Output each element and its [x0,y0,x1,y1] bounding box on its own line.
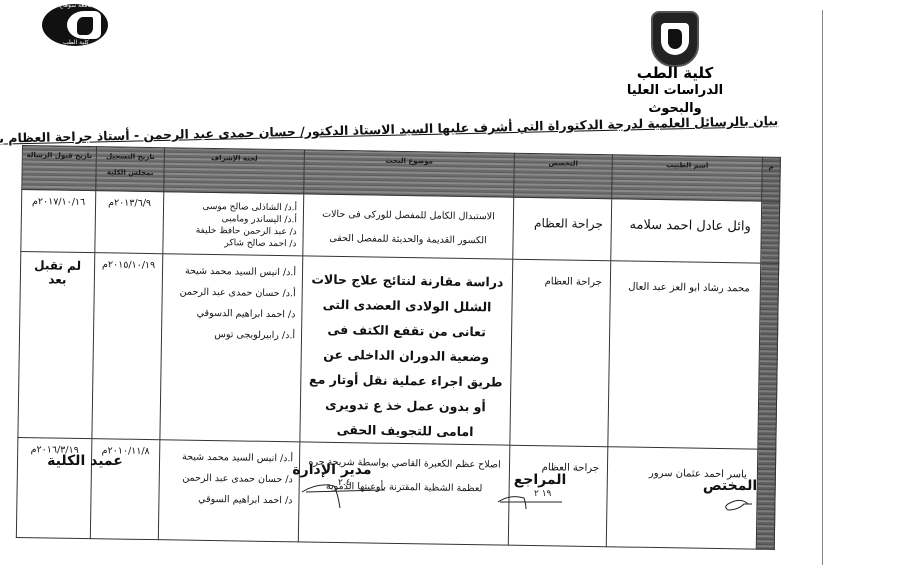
supervisor: أ.د/ رابيرلوبجى توس [166,323,295,346]
reviewer-signature-label: المراجع [505,472,575,488]
logo-text-top: جامعة سوهاج [48,2,104,9]
logo-text-bottom: كلية الطب [48,39,104,46]
specialty: جراحة العظام [513,197,612,261]
specialty: جراحة العظام [510,259,611,447]
row-number-cell [761,201,780,263]
acceptance-date: ٢٠١٧/١٠/١٦م [21,190,96,253]
supervisor: د/ احمد صالح شاكر [167,236,296,250]
header-topic: موضوع البحث [304,150,515,197]
supervisor: د/ حسان حمدى عبد الرحمن [164,467,293,490]
university-logo: جامعة سوهاج كلية الطب [42,4,108,46]
header-name: اسم الطبيب [612,155,763,201]
research-topic: دراسة مقارنة لنتائج علاج حالات الشلل الو… [300,256,513,445]
supervision-committee: أ.د/ انيس السيد محمد شيحة د/ حسان حمدى ع… [158,440,300,542]
doctor-name: محمد رشاد ابو العز عبد العال [608,261,761,449]
doctor-name: وائل عادل احمد سلامه [611,199,762,263]
acceptance-date: لم تقبل بعد [18,251,95,438]
supervisor: أ.د/ انيس السيد محمد شيحة [164,446,293,469]
admin-signature-icon [298,480,388,510]
supervision-committee: أ.د/ انيس السيد محمد شيحة أ.د/ حسان حمدى… [160,254,303,442]
header-accepted: تاريخ قبول الرسالة [22,146,97,191]
specialist-signature-icon [718,496,758,512]
header-committee: لجنة الإشراف [164,148,305,194]
registration-date: ٢٠١٣/٦/٩م [95,191,164,254]
reviewer-signature-icon [496,490,566,510]
document-title: بيان بالرسائل العلمية لدرجة الدكتوراة ال… [128,113,778,143]
supervisor: أ.د/ انيس السيد محمد شيحة [167,260,296,283]
faculty-shield-icon [651,11,699,67]
specialist-signature-label: المختص [700,478,760,494]
header-registration-label: تاريخ التسجيل [106,152,155,161]
page-edge-line [822,10,823,565]
row-number-cell [756,449,776,549]
registration-date: ٢٠١٥/١٠/١٩م [92,253,163,440]
shield-emblem-icon [661,23,689,55]
faculty-heading: كلية الطب الدراسات العليا والبحوث [600,64,750,118]
supervisor: أ.د/ حسان حمدى عبد الرحمن [167,281,296,304]
row-number-cell [758,263,779,449]
header-num: م [762,157,781,201]
header-registration: تاريخ التسجيل بمجلس الكلية [96,147,165,192]
supervisor: د/ احمد ابراهيم السوقي [163,488,292,511]
logo-emblem-icon [67,11,101,39]
header-registration-sublabel: بمجلس الكلية [97,168,164,177]
table-row: محمد رشاد ابو العز عبد العال جراحة العظا… [18,251,779,449]
header-specialty: التخصص [514,153,613,199]
dean-signature-label: عميد الكلية [40,453,130,469]
theses-table: م اسم الطبيب التخصص موضوع البحث لجنة الإ… [17,145,780,487]
research-topic: الاستبدال الكامل للمفصل للوركى فى حالات … [303,194,514,259]
supervision-committee: أ.د/ الشاذلى صالح موسى أ.د/ اليساندر وما… [163,192,304,256]
theses-grid: م اسم الطبيب التخصص موضوع البحث لجنة الإ… [16,145,781,550]
admin-director-signature-label: مدير الإدارة [282,462,382,478]
table-row: ياسر احمد عثمان سرور جراحة العظام اصلاح … [16,437,775,549]
department-name: الدراسات العليا والبحوث [600,82,750,118]
supervisor: د/ احمد ابراهيم الدسوقي [166,302,295,325]
faculty-name: كلية الطب [600,64,750,82]
